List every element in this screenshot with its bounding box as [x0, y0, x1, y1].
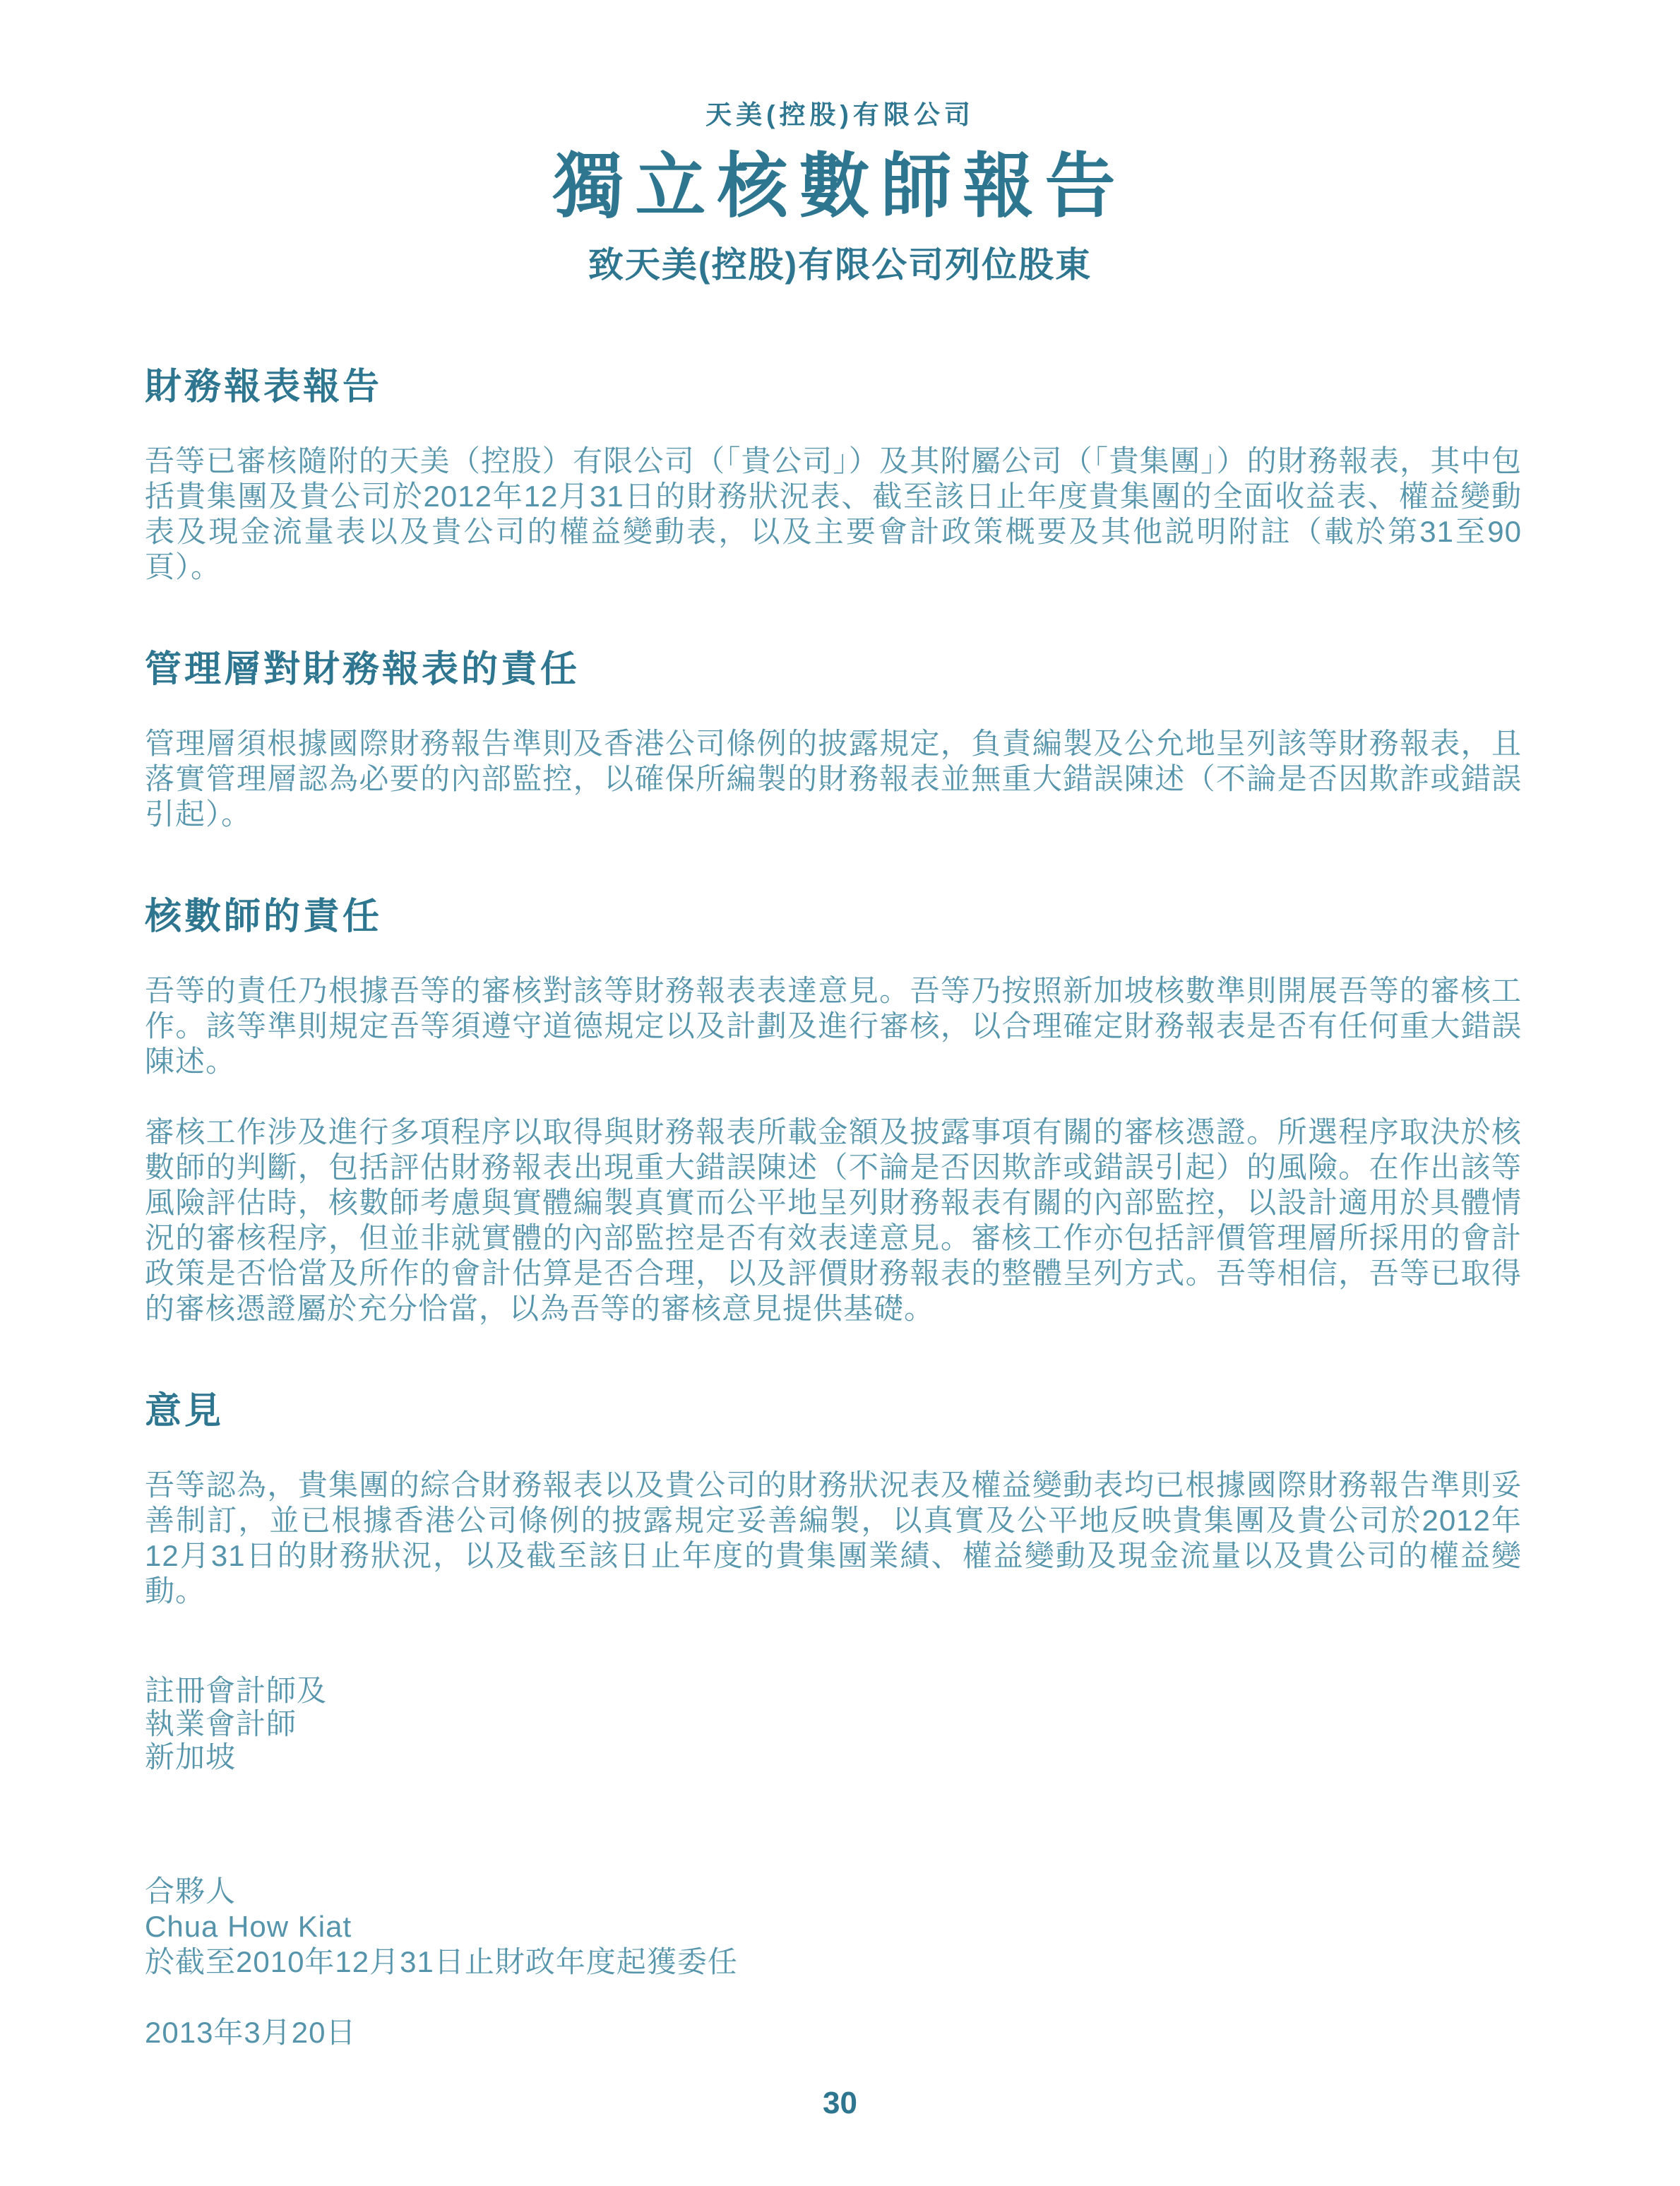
page-number: 30 — [0, 2086, 1680, 2121]
paragraph-opinion: 吾等認為，貴集團的綜合財務報表以及貴公司的財務狀況表及權益變動表均已根據國際財務… — [145, 1468, 1522, 1609]
section-heading-opinion: 意見 — [145, 1391, 1522, 1431]
signature-firm-line-3: 新加坡 — [145, 1740, 1522, 1774]
document-header: 天美(控股)有限公司 獨立核數師報告 致天美(控股)有限公司列位股東 — [0, 0, 1680, 285]
section-management-responsibility: 管理層對財務報表的責任 管理層須根據國際財務報告準則及香港公司條例的披露規定，負… — [145, 650, 1522, 832]
paragraph-auditor-responsibility-1: 吾等的責任乃根據吾等的審核對該等財務報表表達意見。吾等乃按照新加坡核數準則開展吾… — [145, 973, 1522, 1079]
section-financial-statements-report: 財務報表報告 吾等已審核隨附的天美（控股）有限公司（「貴公司」）及其附屬公司（「… — [145, 367, 1522, 585]
partner-name: Chua How Kiat — [145, 1909, 1522, 1944]
paragraph-management-responsibility: 管理層須根據國際財務報告準則及香港公司條例的披露規定，負責編製及公允地呈列該等財… — [145, 726, 1522, 832]
section-opinion: 意見 吾等認為，貴集團的綜合財務報表以及貴公司的財務狀況表及權益變動表均已根據國… — [145, 1391, 1522, 1609]
paragraph-auditor-responsibility-2: 審核工作涉及進行多項程序以取得與財務報表所載金額及披露事項有關的審核憑證。所選程… — [145, 1115, 1522, 1326]
section-heading-financial-statements-report: 財務報表報告 — [145, 367, 1522, 407]
paragraph-financial-statements-report: 吾等已審核隨附的天美（控股）有限公司（「貴公司」）及其附屬公司（「貴集團」）的財… — [145, 444, 1522, 585]
company-name-header: 天美(控股)有限公司 — [0, 0, 1680, 130]
partner-appointment-note: 於截至2010年12月31日止財政年度起獲委任 — [145, 1944, 1522, 1980]
signature-firm-line-2: 執業會計師 — [145, 1707, 1522, 1740]
signature-firm-line-1: 註冊會計師及 — [145, 1674, 1522, 1707]
document-body: 財務報表報告 吾等已審核隨附的天美（控股）有限公司（「貴公司」）及其附屬公司（「… — [145, 367, 1522, 2050]
report-date: 2013年3月20日 — [145, 2015, 1522, 2050]
partner-title: 合夥人 — [145, 1874, 1522, 1909]
signature-firm-block: 註冊會計師及 執業會計師 新加坡 — [145, 1674, 1522, 1774]
report-subtitle: 致天美(控股)有限公司列位股東 — [0, 244, 1680, 285]
section-heading-auditor-responsibility: 核數師的責任 — [145, 897, 1522, 937]
section-auditor-responsibility: 核數師的責任 吾等的責任乃根據吾等的審核對該等財務報表表達意見。吾等乃按照新加坡… — [145, 897, 1522, 1326]
report-title: 獨立核數師報告 — [0, 147, 1680, 226]
audit-report-page: 天美(控股)有限公司 獨立核數師報告 致天美(控股)有限公司列位股東 財務報表報… — [0, 0, 1680, 2186]
signature-partner-block: 合夥人 Chua How Kiat 於截至2010年12月31日止財政年度起獲委… — [145, 1874, 1522, 1980]
section-heading-management-responsibility: 管理層對財務報表的責任 — [145, 650, 1522, 689]
